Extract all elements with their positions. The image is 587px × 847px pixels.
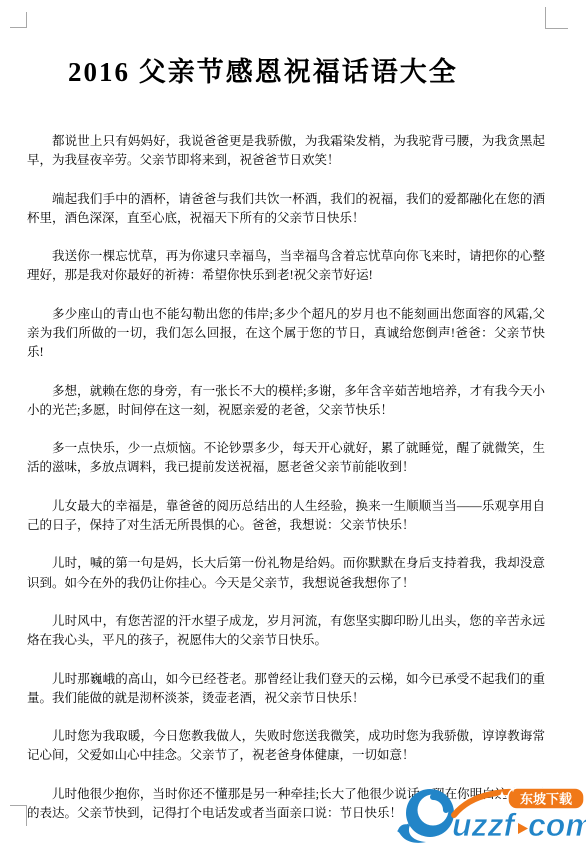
banner-label: 东坡下载 (520, 792, 572, 807)
paragraph: 儿时，喊的第一句是妈，长大后第一份礼物是给妈。而你默默在身后支持着我，我却没意识… (27, 554, 545, 592)
brand-com-text: com (528, 807, 586, 843)
document-body: 都说世上只有妈妈好，我说爸爸更是我骄傲，为我霜染发梢，为我驼背弓腰，为我贪黑起早… (27, 132, 545, 823)
paragraph: 儿女最大的幸福是，靠爸爸的阅历总结出的人生经验，换来一生顺顺当当——乐观享用自己… (27, 497, 545, 535)
document-page: 2016 父亲节感恩祝福话语大全 都说世上只有妈妈好，我说爸爸更是我骄傲，为我霜… (0, 0, 587, 847)
paragraph: 多想，就赖在您的身旁，有一张长不大的模样;多谢，多年含辛茹苦地培养，才有我今天小… (27, 382, 545, 420)
paragraph: 多少座山的青山也不能勾勒出您的伟岸;多少个超凡的岁月也不能刻画出您面容的风霜,父… (27, 305, 545, 363)
uzzf-watermark-logo: uzzf com 东坡下载 (396, 785, 586, 845)
margin-crop-mark-top-left-icon (10, 12, 27, 28)
uzzf-swirl-icon (397, 789, 454, 843)
paragraph: 多一点快乐，少一点烦恼。不论钞票多少，每天开心就好，累了就睡觉，醒了就微笑，生活… (27, 439, 545, 477)
paragraph: 儿时您为我取暖，今日您教我做人，失败时您送我微笑，成功时您为我骄傲，谆谆教诲常记… (27, 727, 545, 765)
margin-crop-mark-bottom-left-icon (10, 805, 27, 826)
banner-badge: 东坡下载 (508, 788, 584, 809)
paragraph: 端起我们手中的酒杯，请爸爸与我们共饮一杯酒，我们的祝福，我们的爱都融化在您的酒杯… (27, 190, 545, 228)
paragraph: 儿时那巍峨的高山，如今已经苍老。那曾经让我们登天的云梯，如今已承受不起我们的重量… (27, 670, 545, 708)
paragraph: 儿时风中，有您苦涩的汗水望子成龙，岁月河流，有您坚实脚印盼儿出头，您的辛苦永远烙… (27, 612, 545, 650)
paragraph: 我送你一棵忘忧草，再为你逮只幸福鸟，当幸福鸟含着忘忧草向你飞来时，请把你的心整理… (27, 247, 545, 285)
brand-uzzf-text: uzzf (452, 807, 518, 843)
dot-arrow-icon (518, 823, 528, 834)
page-title: 2016 父亲节感恩祝福话语大全 (68, 50, 458, 89)
paragraph: 都说世上只有妈妈好，我说爸爸更是我骄傲，为我霜染发梢，为我驼背弓腰，为我贪黑起早… (27, 132, 545, 170)
margin-crop-mark-top-right-icon (545, 7, 568, 29)
